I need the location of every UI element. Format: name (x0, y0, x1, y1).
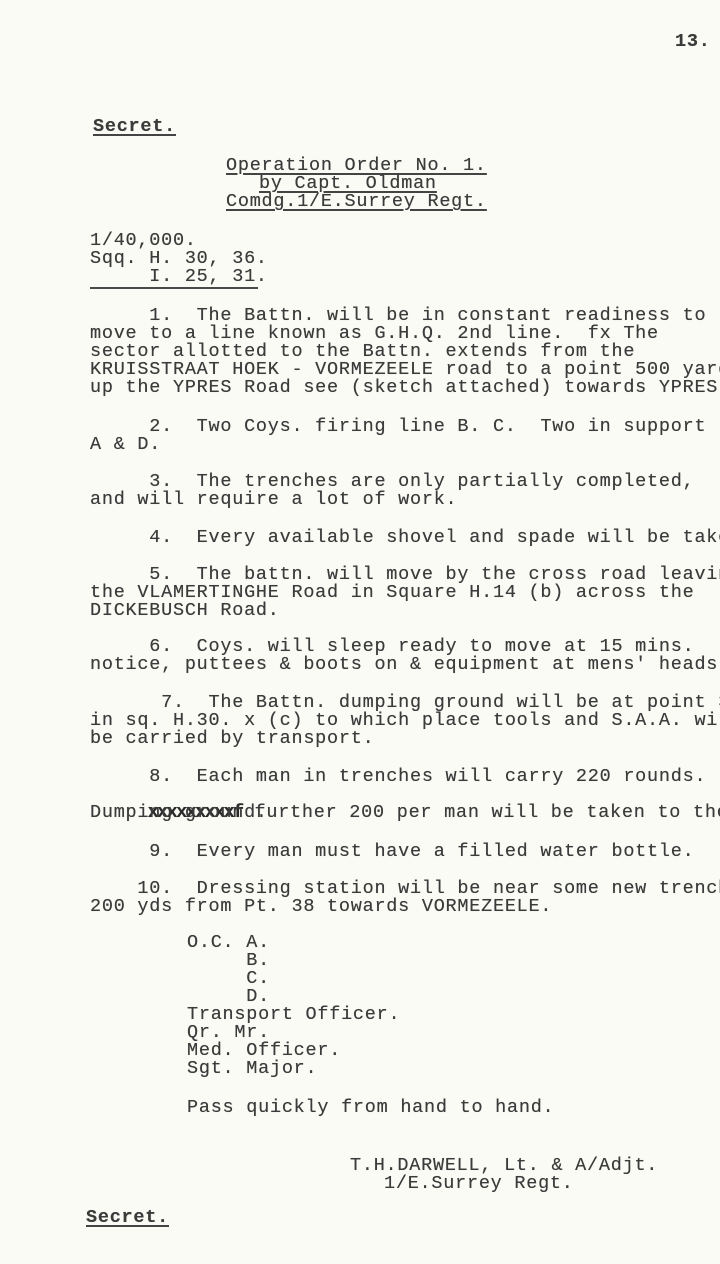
distribution-item: Sgt. Major. (187, 1060, 317, 1079)
paragraph-line-text: further 200 per man will be taken to the (243, 802, 720, 823)
paragraph-line: be carried by transport. (90, 730, 374, 749)
paragraph-line: DICKEBUSCH Road. (90, 602, 280, 621)
paragraph-line: 4. Every available shovel and spade will… (90, 529, 720, 548)
page-number: 13. (675, 33, 711, 52)
classification-header: Secret. (93, 118, 176, 137)
map-reference-divider (90, 287, 258, 289)
classification-footer: Secret. (86, 1209, 169, 1228)
signatory-unit: 1/E.Surrey Regt. (384, 1175, 574, 1194)
paragraph-line: up the YPRES Road see (sketch attached) … (90, 379, 720, 398)
order-unit: Comdg.1/E.Surrey Regt. (226, 193, 487, 212)
distribution-instruction: Pass quickly from hand to hand. (187, 1099, 554, 1118)
paragraph-line: 9. Every man must have a filled water bo… (90, 843, 694, 862)
paragraph-line: notice, puttees & boots on & equipment a… (90, 656, 720, 675)
paragraph-line: 200 yds from Pt. 38 towards VORMEZEELE. (90, 898, 552, 917)
paragraph-line: 2. Two Coys. firing line B. C. Two in su… (90, 418, 706, 437)
paragraph-line: Dumping ground. (90, 804, 268, 823)
map-squares-line-2: I. 25, 31. (90, 268, 268, 287)
paragraph-line: A & D. (90, 436, 161, 455)
paragraph-line: 8. Each man in trenches will carry 220 r… (90, 768, 720, 787)
paragraph-line: and will require a lot of work. (90, 491, 457, 510)
